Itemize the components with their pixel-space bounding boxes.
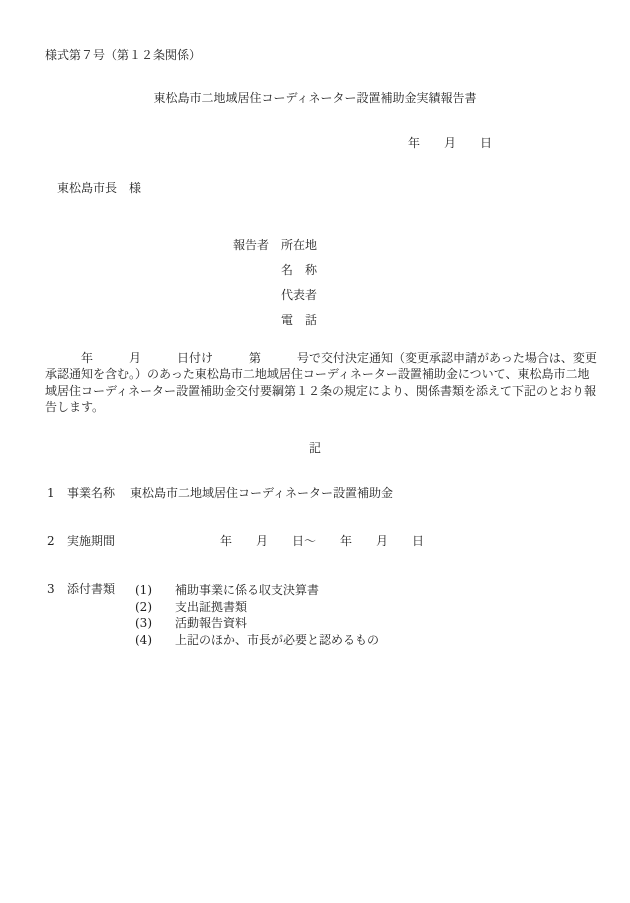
reporter-row-address: 報告者所在地 (233, 238, 317, 263)
date-blank-line: 年 月 日 (408, 136, 492, 151)
record-marker: 記 (0, 441, 630, 456)
attachment-text: 活動報告資料 (175, 616, 247, 630)
reporter-row-representative: 代表者 (233, 288, 317, 313)
item-label: 添付書類 (67, 582, 135, 597)
item-implementation-period: 2実施期間年 月 日～ 年 月 日 (47, 534, 424, 549)
reporter-field-representative: 代表者 (281, 288, 317, 302)
reporter-row-name: 名 称 (233, 263, 317, 288)
attachment-text: 上記のほか、市長が必要と認めるもの (175, 633, 379, 647)
form-number: 様式第７号（第１２条関係） (45, 48, 201, 63)
attachment-number: (1) (135, 582, 175, 599)
reporter-field-name: 名 称 (281, 263, 317, 277)
item-label: 実施期間 (67, 534, 220, 549)
item-business-name: 1事業名称東松島市二地域居住コーディネーター設置補助金 (47, 486, 393, 501)
body-paragraph: 年 月 日付け 第 号で交付決定通知（変更承認申請があった場合は、変更 承認通知… (45, 350, 605, 416)
body-line: 告します。 (45, 399, 605, 415)
item-label: 事業名称 (67, 486, 130, 501)
body-line: 域居住コーディネーター設置補助金交付要綱第１２条の規定により、関係書類を添えて下… (45, 383, 605, 399)
item-value: 東松島市二地域居住コーディネーター設置補助金 (130, 486, 393, 500)
reporter-label: 報告者 (233, 238, 281, 253)
item-number: 1 (47, 486, 67, 501)
attachment-text: 支出証拠書類 (175, 600, 247, 614)
attachment-row: (4)上記のほか、市長が必要と認めるもの (135, 632, 379, 649)
body-line: 承認通知を含む。）のあった東松島市二地域居住コーディネーター設置補助金について、… (45, 366, 605, 382)
attachment-row: (3)活動報告資料 (135, 615, 379, 632)
attachment-list: (1)補助事業に係る収支決算書 (2)支出証拠書類 (3)活動報告資料 (4)上… (135, 582, 379, 648)
reporter-field-phone: 電 話 (281, 313, 317, 327)
reporter-block: 報告者所在地 名 称 代表者 電 話 (233, 238, 317, 338)
attachment-row: (1)補助事業に係る収支決算書 (135, 582, 379, 599)
item-value: 年 月 日～ 年 月 日 (220, 534, 424, 548)
document-title: 東松島市二地域居住コーディネーター設置補助金実績報告書 (0, 91, 630, 106)
body-line: 年 月 日付け 第 号で交付決定通知（変更承認申請があった場合は、変更 (45, 350, 605, 366)
item-attached-documents: 3添付書類 (1)補助事業に係る収支決算書 (2)支出証拠書類 (3)活動報告資… (47, 582, 379, 648)
item-number: 2 (47, 534, 67, 549)
reporter-field-address: 所在地 (281, 238, 317, 252)
attachment-number: (4) (135, 632, 175, 649)
attachment-number: (2) (135, 599, 175, 616)
addressee: 東松島市長 様 (57, 181, 141, 196)
attachment-row: (2)支出証拠書類 (135, 599, 379, 616)
attachment-number: (3) (135, 615, 175, 632)
attachment-text: 補助事業に係る収支決算書 (175, 583, 319, 597)
item-number: 3 (47, 582, 67, 597)
document-page: 様式第７号（第１２条関係） 東松島市二地域居住コーディネーター設置補助金実績報告… (0, 0, 630, 903)
reporter-row-phone: 電 話 (233, 313, 317, 338)
